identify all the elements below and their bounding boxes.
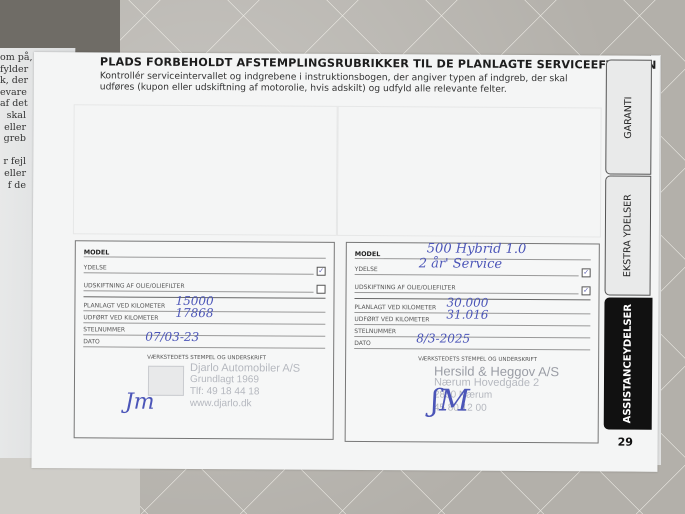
done-km-value: 17868 xyxy=(175,306,213,320)
left-text-line: eller xyxy=(0,122,26,134)
date-value: 07/03-23 xyxy=(145,330,199,344)
stamp-line: Djarlo Automobiler A/S xyxy=(190,362,300,375)
stamp-label: VÆRKSTEDETS STEMPEL OG UNDERSKRIFT xyxy=(418,356,537,363)
left-text-line: eller xyxy=(0,168,26,180)
workshop-stamp: Djarlo Automobiler A/SGrundlagt 1969Tlf:… xyxy=(76,241,334,243)
chassis-field[interactable]: STELNUMMER xyxy=(83,325,325,336)
page-title: PLADS FORBEHOLDT AFSTEMPLINGSRUBRIKKER T… xyxy=(100,55,657,71)
service-checkbox[interactable]: ✓ xyxy=(582,268,591,277)
oil-change-field[interactable]: UDSKIFTNING AF OLIE/OLIEFILTER xyxy=(355,283,579,294)
faded-box-left xyxy=(73,104,338,236)
page-number: 29 xyxy=(618,436,633,449)
date-value: 8/3-2025 xyxy=(416,331,470,345)
stamp-label: VÆRKSTEDETS STEMPEL OG UNDERSKRIFT xyxy=(147,355,266,362)
signature: Jm xyxy=(125,390,155,415)
date-field[interactable]: DATO xyxy=(354,339,590,350)
left-text-line: k, der xyxy=(0,75,26,87)
left-text-line: om på, xyxy=(0,52,26,64)
stamp-line: Grundlagt 1969 xyxy=(190,374,259,385)
left-text-line: fylder xyxy=(0,64,26,76)
signature: ʃM xyxy=(431,383,470,418)
service-record-card: MODEL 500 Hybrid 1.0 YDELSE 2 år' Servic… xyxy=(345,242,600,444)
model-value: 500 Hybrid 1.0 xyxy=(427,241,527,257)
left-text-line: af det xyxy=(0,98,26,110)
tab-assistanceydelser[interactable]: ASSISTANCEYDELSER xyxy=(604,297,653,429)
left-text-line: f de xyxy=(0,180,26,192)
left-page-text: om på,fylderk, derevareaf detskalellergr… xyxy=(0,52,26,191)
date-field[interactable]: DATO xyxy=(83,337,325,348)
done-km-value: 31.016 xyxy=(446,308,488,322)
left-text-line xyxy=(0,145,26,157)
left-text-line: greb xyxy=(0,133,26,145)
left-text-line: r fejl xyxy=(0,156,26,168)
stamp-line: www.djarlo.dk xyxy=(190,398,252,409)
service-value: 2 år' Service xyxy=(419,256,502,272)
oil-change-checkbox[interactable] xyxy=(317,285,326,294)
oil-change-checkbox[interactable]: ✓ xyxy=(582,286,591,295)
service-page: PLADS FORBEHOLDT AFSTEMPLINGSRUBRIKKER T… xyxy=(31,52,660,472)
tab-garanti[interactable]: GARANTI xyxy=(605,59,652,174)
oil-change-field[interactable]: UDSKIFTNING AF OLIE/OLIEFILTER xyxy=(84,281,314,292)
service-field[interactable]: YDELSE xyxy=(84,263,314,274)
model-field[interactable]: MODEL xyxy=(84,247,326,258)
faded-box-right xyxy=(337,106,602,238)
tab-ekstra-ydelser[interactable]: EKSTRA YDELSER xyxy=(605,175,652,295)
chassis-field[interactable]: STELNUMMER xyxy=(354,327,590,338)
stamp-line: Tlf: 49 18 44 18 xyxy=(190,386,260,397)
left-text-line: skal xyxy=(0,110,26,122)
service-checkbox[interactable]: ✓ xyxy=(317,267,326,276)
service-record-card: MODEL YDELSE ✓ UDSKIFTNING AF OLIE/OLIEF… xyxy=(74,240,335,440)
page-intro: Kontrollér serviceintervallet og indgreb… xyxy=(100,70,600,95)
left-text-line: evare xyxy=(0,87,26,99)
